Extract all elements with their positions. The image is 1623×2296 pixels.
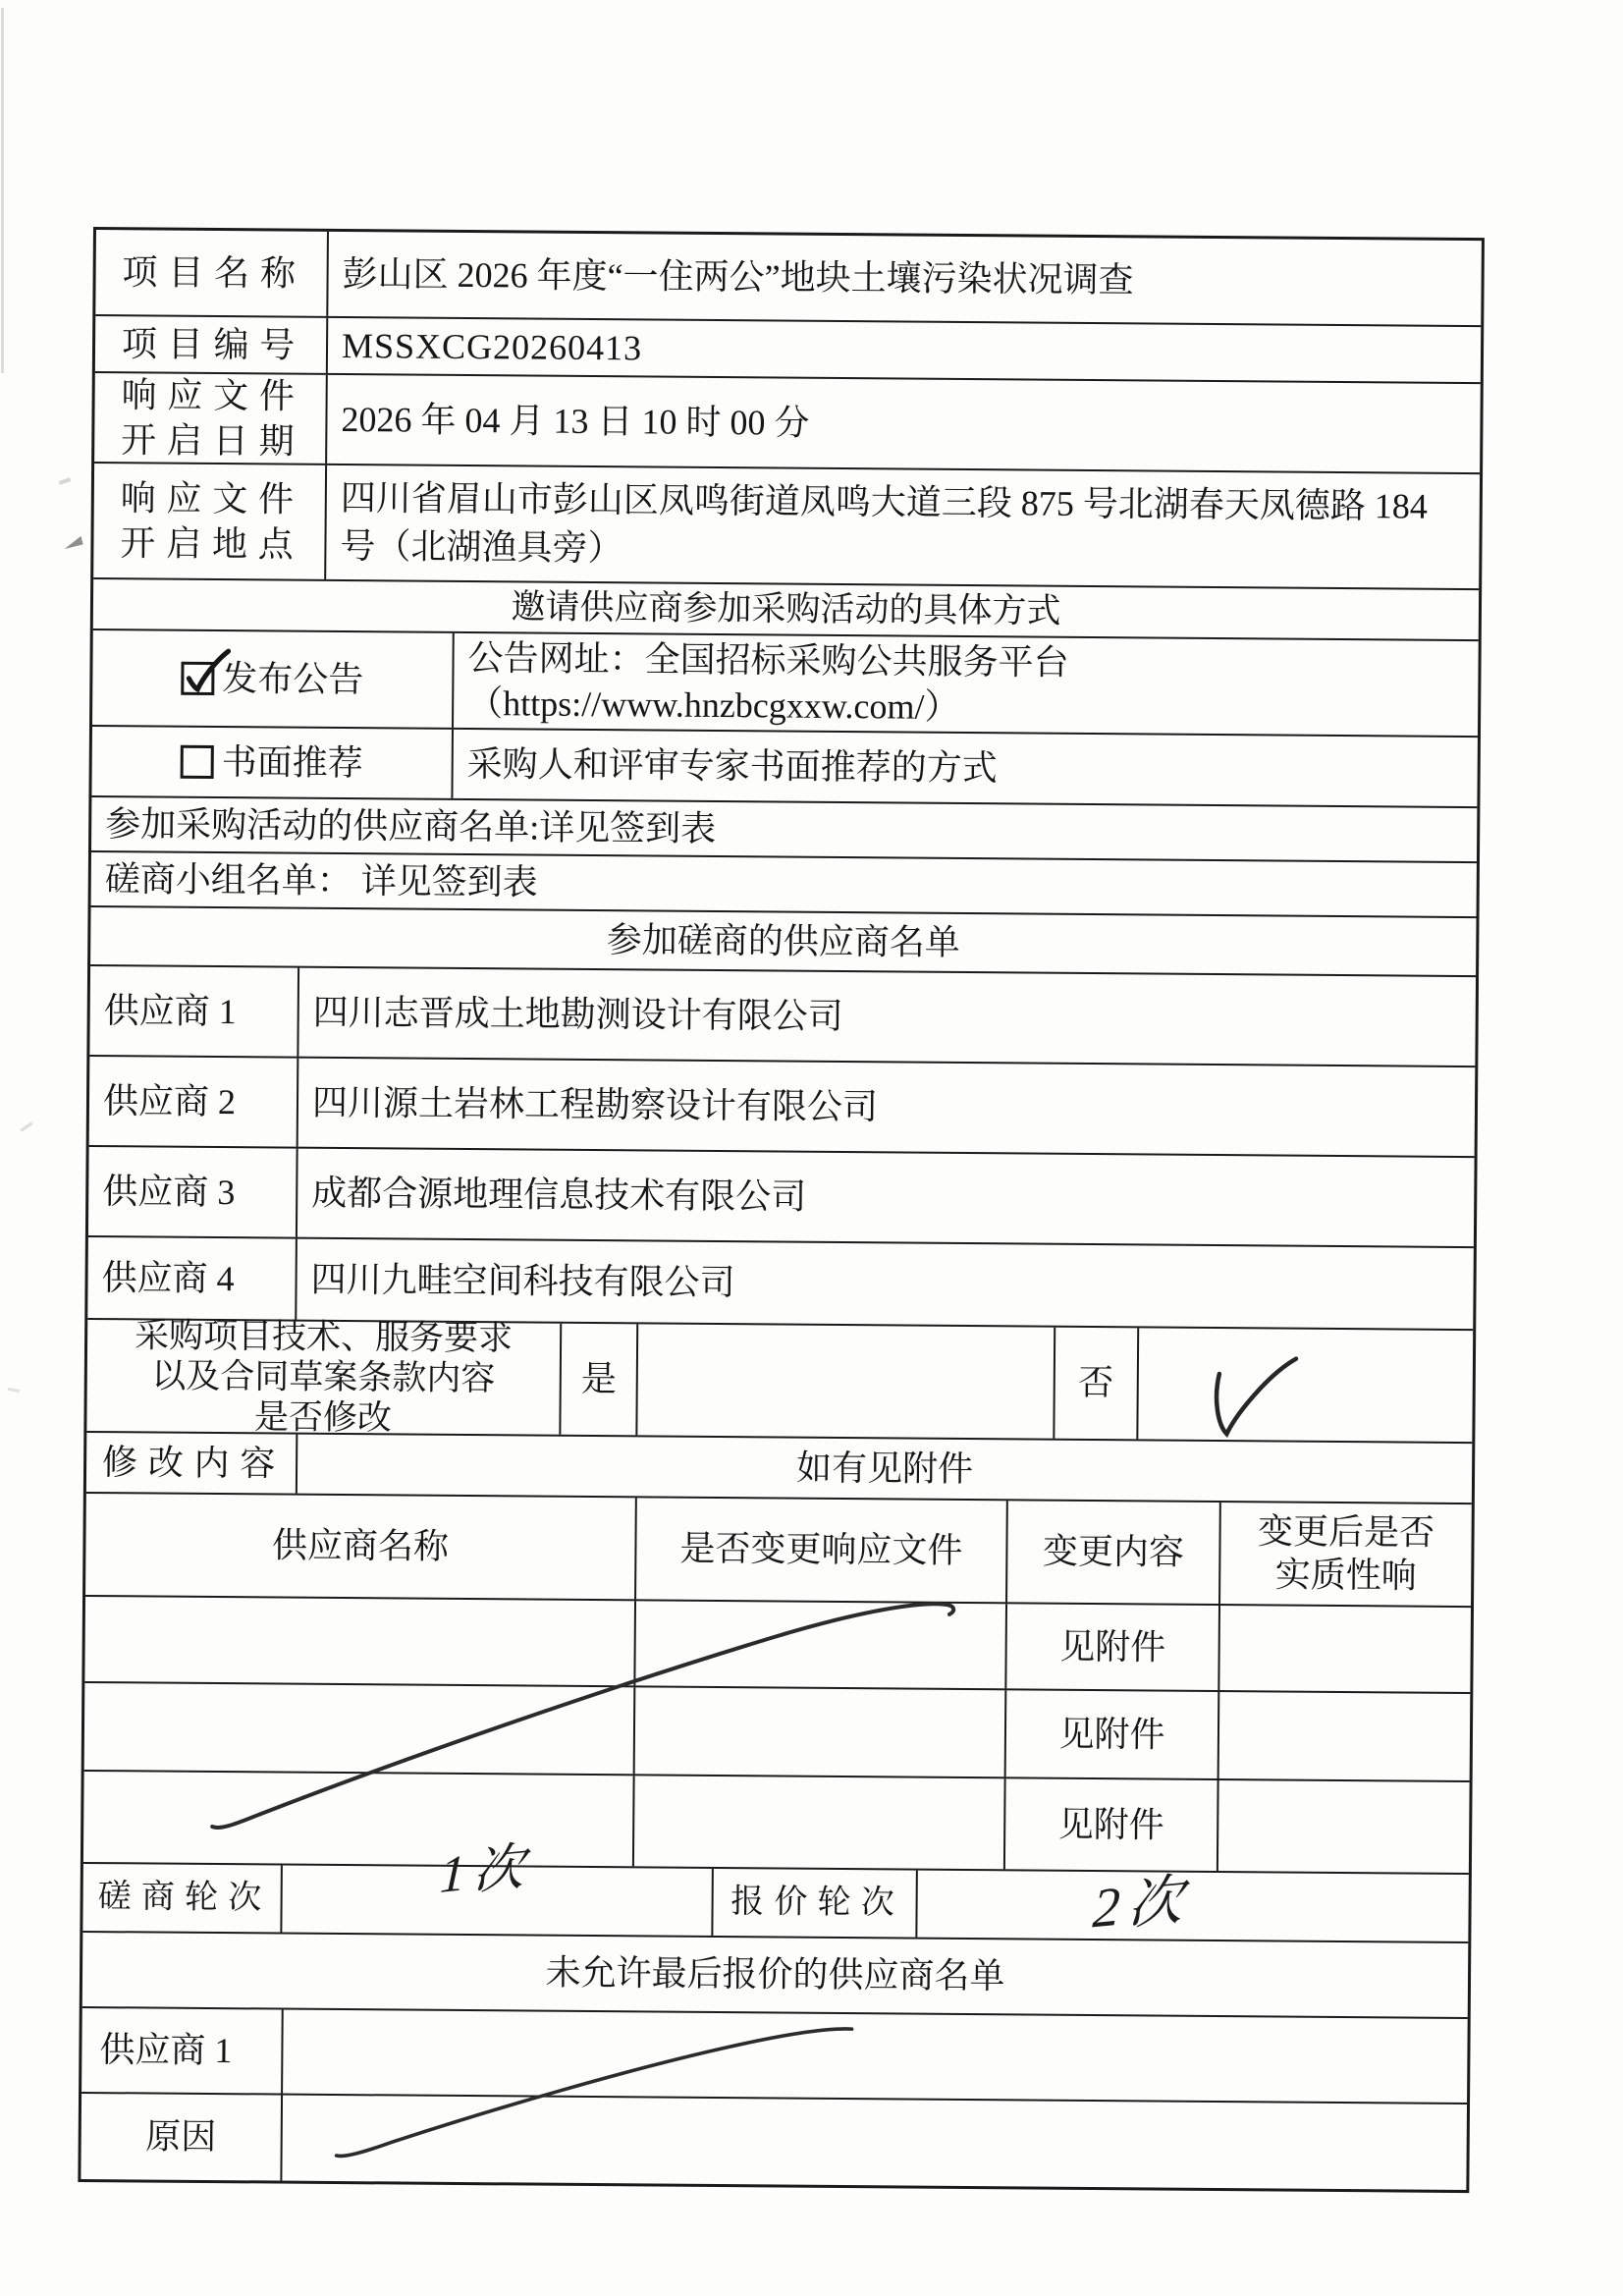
written-recommendation-label: 书面推荐 (222, 739, 363, 786)
change-row: 见附件 (83, 1772, 1470, 1875)
change-response-cell (635, 1687, 1007, 1777)
negotiation-suppliers-header: 参加磋商的供应商名单 (90, 907, 1476, 975)
change-substantive-cell (1219, 1606, 1471, 1692)
supplier-row: 供应商 3 成都合源地理信息技术有限公司 (88, 1147, 1475, 1248)
scan-artifact (8, 1388, 20, 1393)
change-response-cell (635, 1601, 1007, 1688)
no-label: 否 (1055, 1328, 1139, 1440)
negotiation-suppliers-header-row: 参加磋商的供应商名单 (90, 907, 1476, 977)
publish-announcement-row: 发布公告 公告网址：全国招标采购公共服务平台 （https://www.hnzb… (92, 630, 1479, 738)
change-content-cell: 见附件 (1005, 1778, 1219, 1871)
written-recommendation-detail: 采购人和评审专家书面推荐的方式 (453, 730, 1478, 806)
supplier-1-name: 四川志晋成土地勘测设计有限公司 (298, 968, 1476, 1066)
supplier-2-label: 供应商 2 (89, 1057, 299, 1147)
supplier-2-name: 四川源土岩林工程勘察设计有限公司 (298, 1059, 1476, 1156)
participating-suppliers-line: 参加采购活动的供应商名单:详见签到表 (91, 797, 1477, 861)
modify-content-label: 修改内容 (86, 1433, 298, 1494)
publish-announcement-label: 发布公告 (222, 656, 363, 702)
scan-artifact (20, 1121, 32, 1131)
handwritten-quote-rounds: 2次 (1091, 1865, 1192, 1945)
supplier-4-label: 供应商 4 (87, 1237, 298, 1320)
change-supplier-cell (84, 1683, 636, 1774)
written-recommendation-option: 书面推荐 (91, 727, 454, 798)
scan-artifact (1, 8, 4, 373)
modify-question-row: 采购项目技术、服务要求 以及合同草案条款内容 是否修改 是 否 (86, 1320, 1473, 1444)
response-open-place-value: 四川省眉山市彭山区凤鸣街道凤鸣大道三段 875 号北湖春天凤德路 184 号（北… (326, 465, 1480, 588)
modify-question: 采购项目技术、服务要求 以及合同草案条款内容 是否修改 (86, 1320, 562, 1435)
invite-method-header: 邀请供应商参加采购活动的具体方式 (93, 579, 1479, 639)
no-answer-cell (1138, 1328, 1473, 1442)
change-header-change-content: 变更内容 (1007, 1501, 1221, 1604)
quote-rounds-label: 报价轮次 (713, 1869, 918, 1938)
no-final-quote-header-row: 未允许最后报价的供应商名单 (82, 1933, 1469, 2019)
change-header-supplier-name: 供应商名称 (85, 1494, 637, 1599)
change-header-substantive: 变更后是否 实质性响 (1220, 1503, 1472, 1606)
negotiation-rounds-value: 1次 (282, 1866, 714, 1936)
reason-label: 原因 (81, 2094, 283, 2181)
project-name-label: 项目名称 (95, 230, 329, 316)
supplier-4-name: 四川九畦空间科技有限公司 (297, 1239, 1474, 1329)
response-open-date-row: 响应文件 开启日期 2026 年 04 月 13 日 10 时 00 分 (94, 373, 1481, 474)
unchecked-checkbox-icon (181, 745, 214, 779)
change-response-cell (634, 1776, 1006, 1869)
project-number-value: MSSXCG20260413 (328, 318, 1481, 382)
modify-content-row: 修改内容 如有见附件 (86, 1433, 1472, 1504)
supplier-1-label: 供应商 1 (89, 966, 299, 1057)
project-name-value: 彭山区 2026 年度“一住两公”地块土壤污染状况调查 (328, 232, 1482, 325)
procurement-record-table: 项目名称 彭山区 2026 年度“一住两公”地块土壤污染状况调查 项目编号 MS… (78, 227, 1485, 2193)
response-open-date-value: 2026 年 04 月 13 日 10 时 00 分 (327, 375, 1481, 472)
response-open-date-label: 响应文件 开启日期 (94, 373, 328, 464)
response-open-place-row: 响应文件 开启地点 四川省眉山市彭山区凤鸣街道凤鸣大道三段 875 号北湖春天凤… (93, 464, 1480, 590)
negotiation-rounds-label: 磋商轮次 (82, 1864, 283, 1933)
scan-artifact (59, 477, 72, 485)
reason-row: 原因 (81, 2094, 1467, 2190)
supplier-row: 供应商 1 四川志晋成土地勘测设计有限公司 (89, 966, 1476, 1067)
change-supplier-cell (83, 1772, 635, 1866)
announcement-url-detail: 公告网址：全国招标采购公共服务平台 （https://www.hnzbcgxxw… (454, 633, 1479, 736)
change-supplier-cell (84, 1597, 636, 1685)
yes-label: 是 (561, 1324, 638, 1436)
scan-artifact (62, 536, 83, 550)
final-supplier-row: 供应商 1 (81, 2008, 1468, 2105)
publish-announcement-option: 发布公告 (92, 630, 455, 728)
handwritten-negotiation-rounds: 1次 (439, 1834, 533, 1909)
modify-content-value: 如有见附件 (298, 1435, 1472, 1503)
written-recommendation-row: 书面推荐 采购人和评审专家书面推荐的方式 (91, 727, 1478, 808)
change-row: 见附件 (84, 1683, 1471, 1782)
final-supplier-label: 供应商 1 (81, 2008, 284, 2094)
supplier-3-name: 成都合源地理信息技术有限公司 (298, 1149, 1475, 1246)
final-supplier-value-cell (283, 2010, 1468, 2103)
change-row: 见附件 (84, 1597, 1471, 1694)
supplier-row: 供应商 2 四川源土岩林工程勘察设计有限公司 (89, 1057, 1476, 1158)
panel-list-line: 磋商小组名单： 详见签到表 (91, 852, 1477, 916)
response-open-place-label: 响应文件 开启地点 (93, 464, 327, 579)
change-substantive-cell (1219, 1692, 1471, 1780)
change-header-changed-response: 是否变更响应文件 (636, 1498, 1008, 1602)
change-table-header-row: 供应商名称 是否变更响应文件 变更内容 变更后是否 实质性响 (85, 1494, 1472, 1608)
scanned-document-page: 项目名称 彭山区 2026 年度“一住两公”地块土壤污染状况调查 项目编号 MS… (0, 0, 1623, 2296)
quote-rounds-value: 2次 (917, 1871, 1469, 1941)
change-substantive-cell (1218, 1780, 1470, 1873)
change-content-cell: 见附件 (1006, 1690, 1220, 1778)
no-final-quote-header: 未允许最后报价的供应商名单 (82, 1933, 1469, 2017)
yes-answer-cell (637, 1324, 1055, 1438)
reason-value-cell (282, 2096, 1467, 2190)
supplier-3-label: 供应商 3 (88, 1147, 298, 1237)
project-number-label: 项目编号 (95, 316, 328, 373)
project-name-row: 项目名称 彭山区 2026 年度“一住两公”地块土壤污染状况调查 (95, 230, 1482, 327)
rounds-row: 磋商轮次 1次 报价轮次 2次 (82, 1864, 1469, 1943)
handwritten-checkmark (1205, 1356, 1304, 1446)
checked-checkbox-icon (181, 662, 214, 695)
change-content-cell: 见附件 (1006, 1604, 1220, 1690)
